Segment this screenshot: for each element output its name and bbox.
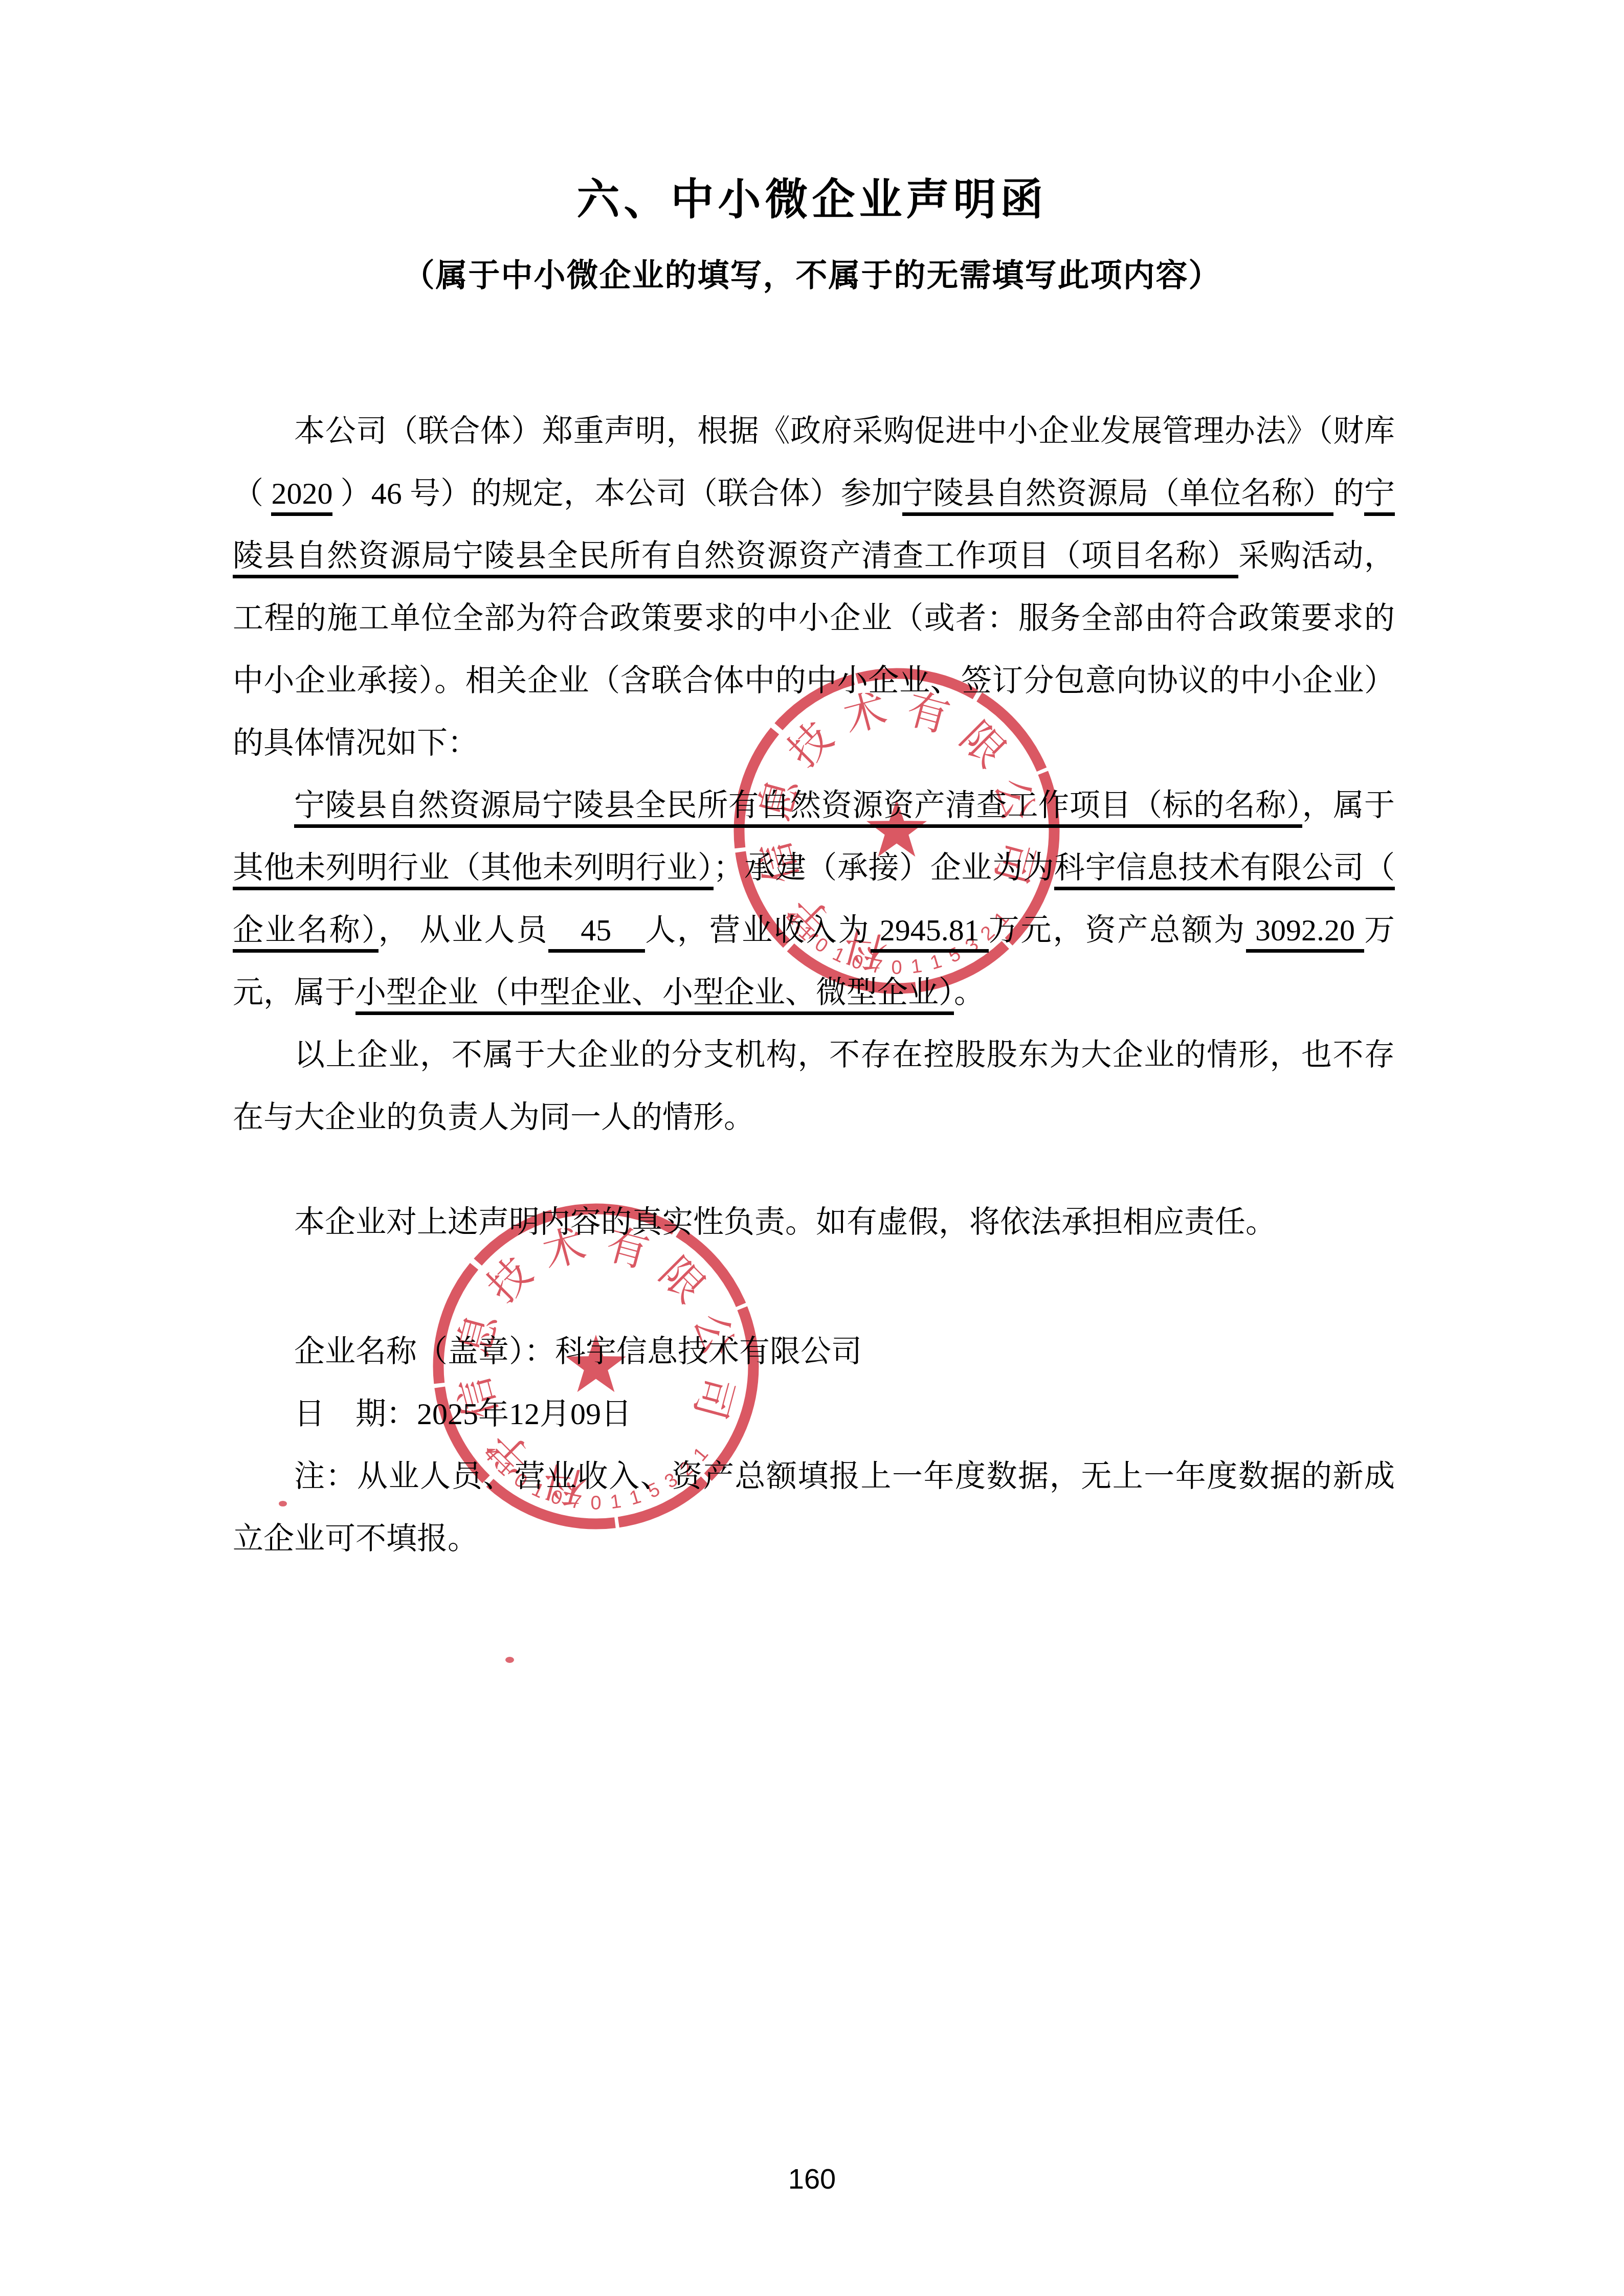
ink-speck	[279, 1501, 287, 1506]
paragraph-text: 企业名称（盖章）：科宇信息技术有限公司	[294, 1335, 862, 1368]
filled-blank: 小型企业（中型企业、小型企业、微型企业）	[355, 976, 954, 1015]
paragraph-responsibility: 本企业对上述声明内容的真实性负责。如有虚假，将依法承担相应责任。	[233, 1191, 1395, 1253]
page-number: 160	[0, 2162, 1624, 2195]
paragraph-date: 日 期：2025年12月09日	[233, 1383, 1395, 1445]
paragraph-text: 。	[954, 976, 985, 1009]
paragraph-enterprise-details: 宁陵县自然资源局宁陵县全民所有自然资源资产清查工作项目（标的名称），属于 其他未…	[233, 774, 1395, 1024]
declaration-body: 本公司（联合体）郑重声明，根据《政府采购促进中小企业发展管理办法》（财库（ 20…	[233, 400, 1395, 1570]
paragraph-text: 人，营业收入为	[645, 913, 871, 947]
paragraph-not-branch: 以上企业，不属于大企业的分支机构，不存在控股股东为大企业的情形，也不存在与大企业…	[233, 1024, 1395, 1149]
ink-speck	[505, 1657, 514, 1663]
filled-blank: 宁陵县自然资源局宁陵县全民所有自然资源资产清查工作项目（标的名称）	[294, 789, 1302, 828]
paragraph-text: 本企业对上述声明内容的真实性负责。如有虚假，将依法承担相应责任。	[294, 1205, 1276, 1239]
doc-subtitle: （属于中小微企业的填写，不属于的无需填写此项内容）	[0, 259, 1624, 294]
filled-blank: 2020	[271, 477, 332, 516]
paragraph-text: 的	[1333, 477, 1364, 510]
paragraph-intro: 本公司（联合体）郑重声明，根据《政府采购促进中小企业发展管理办法》（财库（ 20…	[233, 400, 1395, 774]
paragraph-note: 注：从业人员、营业收入、资产总额填报上一年度数据，无上一年度数据的新成立企业可不…	[233, 1445, 1395, 1570]
filled-blank: 45	[548, 913, 645, 953]
paragraph-text: ）46 号）的规定，本公司（联合体）参加	[332, 477, 902, 510]
paragraph-text: 注：从业人员、营业收入、资产总额填报上一年度数据，无上一年度数据的新成立企业可不…	[233, 1459, 1395, 1556]
filled-blank: 2945.81	[871, 913, 989, 953]
filled-blank: 3092.20	[1246, 913, 1364, 953]
paragraph-text: 万元，资产总额为	[989, 913, 1247, 947]
paragraph-text: 日 期：2025年12月09日	[294, 1397, 632, 1431]
document-page: { "page": { "title": "六、中小微企业声明函", "subt…	[0, 0, 1624, 2296]
paragraph-text: 以上企业，不属于大企业的分支机构，不存在控股股东为大企业的情形，也不存在与大企业…	[233, 1038, 1395, 1134]
paragraph-text: ，属于	[1302, 789, 1395, 822]
filled-blank: 其他未列明行业（其他未列明行业）	[233, 851, 714, 890]
doc-title: 六、中小微企业声明函	[0, 176, 1624, 223]
paragraph-text: ；承建（承接）企业为为	[714, 851, 1055, 885]
filled-blank: 宁陵县自然资源局（单位名称）	[902, 477, 1333, 516]
paragraph-text: ， 从业人员	[379, 913, 549, 947]
paragraph-company-name: 企业名称（盖章）：科宇信息技术有限公司	[233, 1320, 1395, 1383]
